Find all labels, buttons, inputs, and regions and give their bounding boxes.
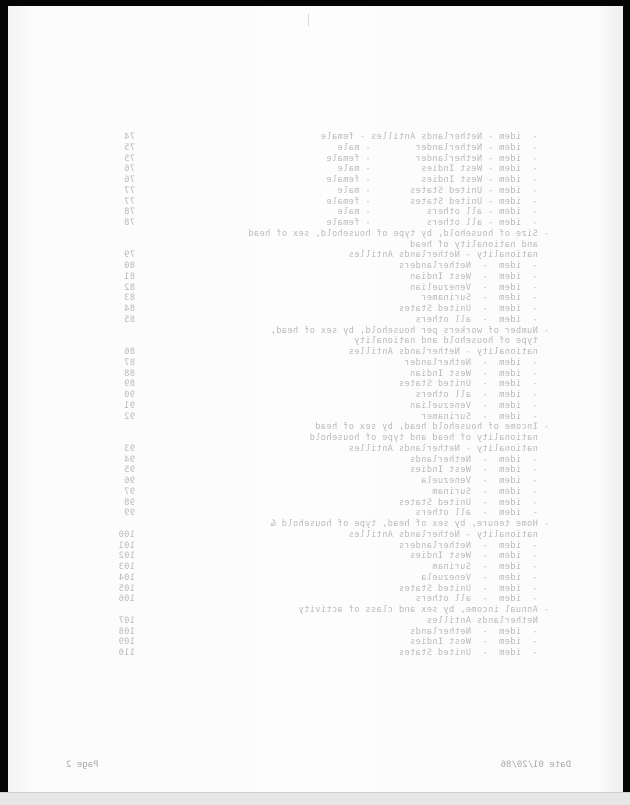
toc-entry-page: 106	[109, 594, 135, 605]
toc-entry: - idem - United States98	[109, 498, 549, 509]
toc-entry-title: - idem - West Indies - female	[326, 175, 549, 186]
toc-entry: - idem - all others85	[109, 315, 549, 326]
toc-entry-title: - idem - Surinamer	[421, 293, 549, 304]
toc-entry-title: nationality - Netherlands Antilles	[348, 347, 549, 358]
toc-entry: type of household and nationality	[109, 336, 549, 347]
toc-entry: - idem - West Indies102	[109, 551, 549, 562]
toc-entry-title: - idem - Netherlands Antilles - female	[320, 132, 549, 143]
toc-entry-page: 85	[109, 315, 135, 326]
toc-entry: - idem - United States110	[109, 648, 549, 659]
toc-entry-page: 87	[109, 358, 135, 369]
toc-entry-title: - idem - Venezuelian	[410, 401, 549, 412]
toc-entry-page: 105	[109, 584, 135, 595]
toc-entry-title: nationality of head and type of househol…	[309, 433, 549, 444]
toc-entry-title: - idem - United States - male	[337, 186, 549, 197]
mirrored-content: - idem - Netherlands Antilles - female74…	[8, 6, 623, 792]
toc-entry-title: - idem - all others - female	[326, 218, 549, 229]
toc-entry-page: 91	[109, 401, 135, 412]
toc-entry-title: - idem - West Indies - male	[337, 164, 549, 175]
toc-entry-page: 93	[109, 444, 135, 455]
toc-entry: - idem - all others90	[109, 390, 549, 401]
toc-entry: - idem - all others - male78	[109, 207, 549, 218]
toc-entry-title: - idem - Netherlanders	[399, 261, 550, 272]
toc-entry-title: - Home tenure, by sex of head, type of h…	[270, 519, 549, 530]
toc-entry: nationality - Netherlands Antilles79	[109, 250, 549, 261]
toc-entry: - idem - Netherlands108	[109, 627, 549, 638]
toc-entry-title: Netherlands Antilles	[426, 616, 549, 627]
toc-entry-page: 94	[109, 455, 135, 466]
toc-entry: - idem - West Indies109	[109, 637, 549, 648]
toc-entry-title: - idem - West Indian	[410, 272, 549, 283]
toc-entry-title: - idem - United States	[399, 498, 550, 509]
toc-entry: Netherlands Antilles107	[109, 616, 549, 627]
toc-entry: - idem - United States - female77	[109, 197, 549, 208]
toc-entry: - idem - Surinam103	[109, 562, 549, 573]
toc-entry-page: 82	[109, 283, 135, 294]
toc-entry-title: - idem - Surinam	[432, 562, 549, 573]
toc-entry-title: nationality - Netherlands Antilles	[348, 530, 549, 541]
toc-entry: - idem - all others - female78	[109, 218, 549, 229]
toc-entry-page: 79	[109, 250, 135, 261]
toc-entry-title: - Size of household, by type of househol…	[248, 229, 549, 240]
toc-entry-page: 76	[109, 164, 135, 175]
toc-entry-page: 101	[109, 541, 135, 552]
toc-entry: - Income of household head, by sex of he…	[109, 422, 549, 433]
toc-entry-title: nationality - Netherlands Antilles	[348, 444, 549, 455]
toc-entry-title: - idem - United States - female	[326, 197, 549, 208]
toc-entry-title: - idem - United States	[399, 304, 550, 315]
toc-entry: - idem - Netherlanders80	[109, 261, 549, 272]
toc-entry: - Size of household, by type of househol…	[109, 229, 549, 240]
toc-entry-title: - idem - Surinam	[432, 487, 549, 498]
toc-entry-page: 81	[109, 272, 135, 283]
toc-entry-title: - idem - West Indies	[410, 551, 549, 562]
toc-entry-page: 110	[109, 648, 135, 659]
toc-entry-page: 109	[109, 637, 135, 648]
toc-entry-page: 92	[109, 412, 135, 423]
toc-entry: - idem - Surinam97	[109, 487, 549, 498]
toc-entry: - idem - Surinamer92	[109, 412, 549, 423]
toc-entry-page: 96	[109, 476, 135, 487]
bottom-paper-edge	[0, 792, 630, 805]
toc-entry: - idem - Venezuela96	[109, 476, 549, 487]
toc-entry: - idem - West Indies - male76	[109, 164, 549, 175]
toc-entry-page: 95	[109, 465, 135, 476]
toc-entry: - idem - United States105	[109, 584, 549, 595]
toc-entry: - idem - United States84	[109, 304, 549, 315]
toc-entry-page: 83	[109, 293, 135, 304]
toc-entry-page: 108	[109, 627, 135, 638]
toc-entry: nationality of head and type of househol…	[109, 433, 549, 444]
toc-entry-title: type of household and nationality	[354, 336, 549, 347]
toc-entry-title: - idem - Netherlands	[410, 455, 549, 466]
toc-entry-title: - idem - Venezuela	[421, 476, 549, 487]
toc-entry: - Number of workers per household, by se…	[109, 326, 549, 337]
toc-entry: - idem - Venezuelian91	[109, 401, 549, 412]
toc-entry: and nationality of head	[109, 240, 549, 251]
toc-entry-page: 89	[109, 379, 135, 390]
toc-entry: - idem - United States89	[109, 379, 549, 390]
toc-entry: nationality - Netherlands Antilles86	[109, 347, 549, 358]
toc-entry: - idem - Netherlands94	[109, 455, 549, 466]
toc-entry-title: - idem - West Indies	[410, 465, 549, 476]
toc-entry-title: - idem - United States	[399, 648, 550, 659]
toc-entry-title: - Income of household head, by sex of he…	[315, 422, 549, 433]
toc-entry: nationality - Netherlands Antilles100	[109, 530, 549, 541]
toc-entry-page: 84	[109, 304, 135, 315]
toc-entry: - idem - West Indian88	[109, 369, 549, 380]
toc-entry-title: nationality - Netherlands Antilles	[348, 250, 549, 261]
footer-page-number: Page 2	[66, 760, 99, 770]
toc-entry: - idem - United States - male77	[109, 186, 549, 197]
toc-entry-page: 75	[109, 154, 135, 165]
toc-entry-title: - idem - United States	[399, 379, 550, 390]
toc-entry-page: 80	[109, 261, 135, 272]
toc-entry-title: - idem - Surinamer	[421, 412, 549, 423]
toc-entry: - idem - Netherlander87	[109, 358, 549, 369]
paper-sheet: - idem - Netherlands Antilles - female74…	[8, 6, 623, 792]
toc-entry-page: 75	[109, 143, 135, 154]
toc-entry: - idem - Netherlands Antilles - female74	[109, 132, 549, 143]
toc-entry-page: 104	[109, 573, 135, 584]
table-of-contents: - idem - Netherlands Antilles - female74…	[109, 132, 549, 659]
toc-entry-title: - idem - Netherlanders	[399, 541, 550, 552]
toc-entry: - idem - Netherlander - male75	[109, 143, 549, 154]
toc-entry-title: - idem - West Indian	[410, 369, 549, 380]
toc-entry-title: - idem - Netherlands	[410, 627, 549, 638]
toc-entry-page: 77	[109, 197, 135, 208]
toc-entry-title: - idem - West Indies	[410, 637, 549, 648]
toc-entry: - idem - Netherlander - female75	[109, 154, 549, 165]
toc-entry-title: - idem - Netherlander - male	[337, 143, 549, 154]
toc-entry-title: - Number of workers per household, by se…	[270, 326, 549, 337]
toc-entry-page: 78	[109, 207, 135, 218]
toc-entry-page: 98	[109, 498, 135, 509]
toc-entry-page: 97	[109, 487, 135, 498]
toc-entry-title: - idem - Netherlander	[404, 358, 549, 369]
toc-entry-page: 100	[109, 530, 135, 541]
toc-entry: - idem - West Indian81	[109, 272, 549, 283]
toc-entry: - Annual income, by sex and class of act…	[109, 605, 549, 616]
toc-entry-title: - idem - Venezuelian	[410, 283, 549, 294]
toc-entry: - idem - Netherlanders101	[109, 541, 549, 552]
toc-entry-page: 107	[109, 616, 135, 627]
toc-entry-title: - idem - Venezuela	[421, 573, 549, 584]
toc-entry-title: - idem - Netherlander - female	[326, 154, 549, 165]
toc-entry-page: 77	[109, 186, 135, 197]
toc-entry-page: 102	[109, 551, 135, 562]
toc-entry: - idem - Venezuela104	[109, 573, 549, 584]
toc-entry: - Home tenure, by sex of head, type of h…	[109, 519, 549, 530]
toc-entry-page: 90	[109, 390, 135, 401]
toc-entry-page: 76	[109, 175, 135, 186]
toc-entry: - idem - Venezuelian82	[109, 283, 549, 294]
toc-entry-title: and nationality of head	[410, 240, 549, 251]
toc-entry: - idem - Surinamer83	[109, 293, 549, 304]
toc-entry-title: - idem - all others	[415, 390, 549, 401]
toc-entry: - idem - West Indies - female76	[109, 175, 549, 186]
toc-entry: - idem - West Indies95	[109, 465, 549, 476]
toc-entry-title: - idem - United States	[399, 584, 550, 595]
toc-entry: - idem - all others99	[109, 508, 549, 519]
toc-entry-page: 78	[109, 218, 135, 229]
toc-entry: nationality - Netherlands Antilles93	[109, 444, 549, 455]
toc-entry-page: 86	[109, 347, 135, 358]
footer-date: Date 01/20/86	[501, 760, 571, 770]
toc-entry-page: 88	[109, 369, 135, 380]
toc-entry-title: - idem - all others	[415, 315, 549, 326]
toc-entry-page: 74	[109, 132, 135, 143]
toc-entry: - idem - all others106	[109, 594, 549, 605]
toc-entry-page: 103	[109, 562, 135, 573]
toc-entry-title: - idem - all others	[415, 594, 549, 605]
toc-entry-title: - Annual income, by sex and class of act…	[298, 605, 549, 616]
toc-entry-title: - idem - all others - male	[337, 207, 549, 218]
toc-entry-page: 99	[109, 508, 135, 519]
toc-entry-title: - idem - all others	[415, 508, 549, 519]
